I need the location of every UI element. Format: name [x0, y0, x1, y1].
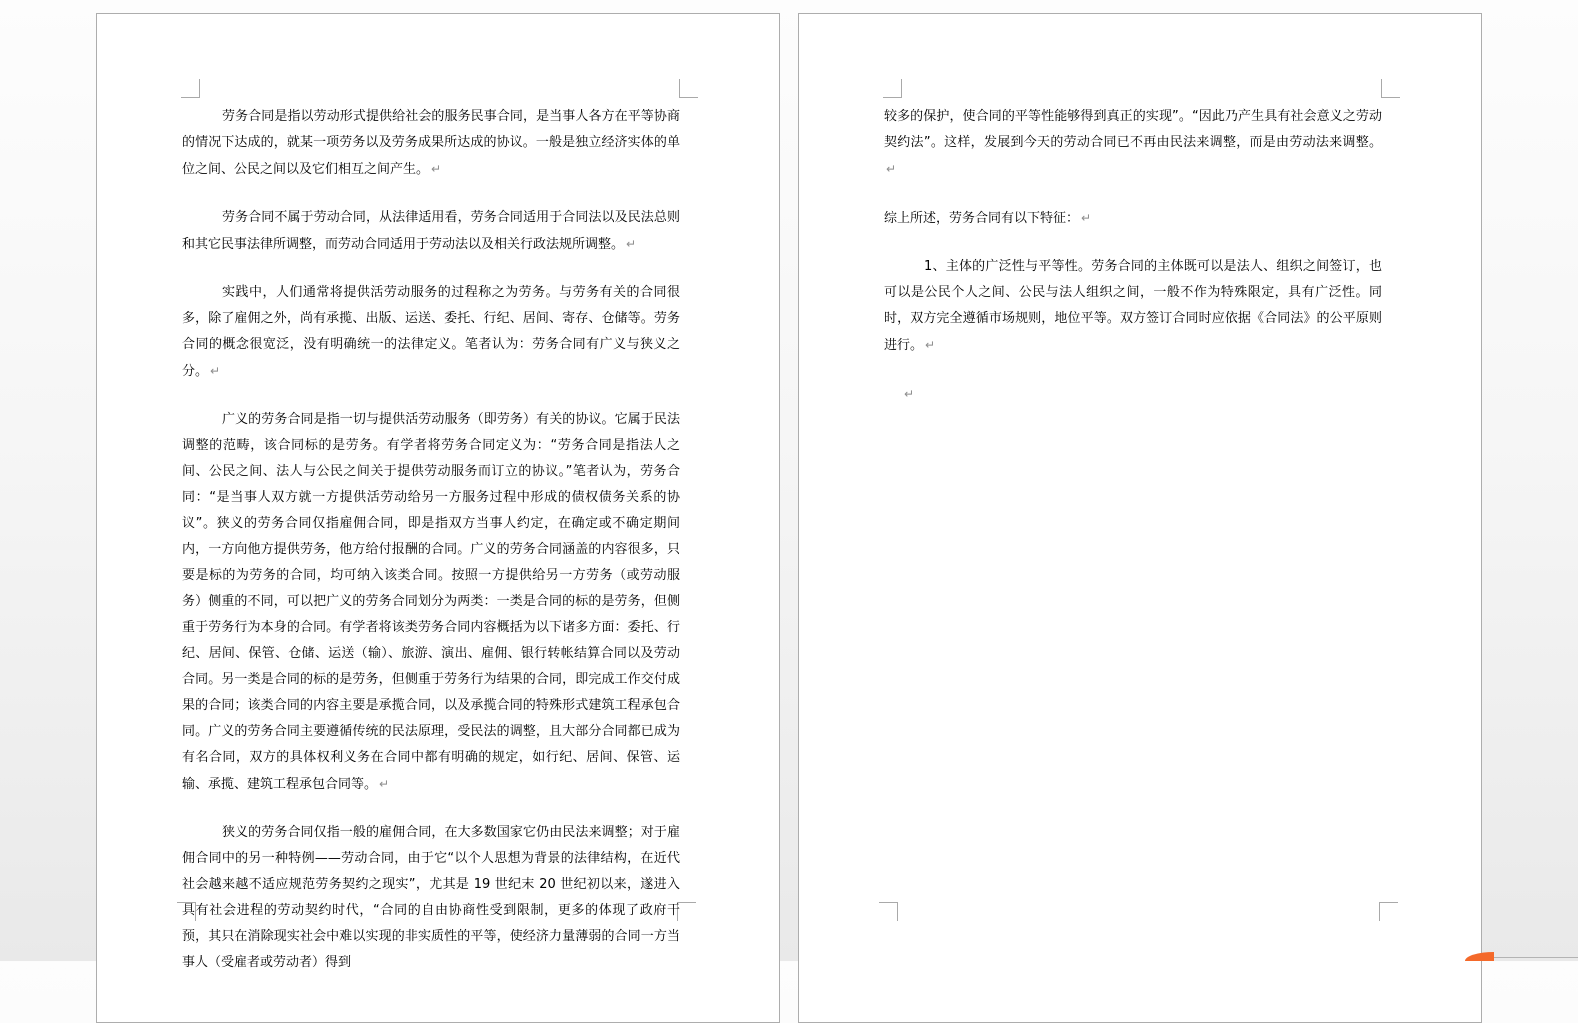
paragraph-mark-icon: ↵ [884, 162, 896, 176]
paragraph-mark-icon: ↵ [429, 162, 441, 176]
crop-mark-top-right-icon [679, 79, 698, 98]
paragraph[interactable]: 劳务合同不属于劳动合同，从法律适用看，劳务合同适用于合同法以及民法总则和其它民事… [182, 205, 680, 258]
crop-mark-top-right-icon [1381, 79, 1400, 98]
panel-edge-line [1481, 957, 1578, 958]
paragraph-mark-icon: ↵ [624, 237, 636, 251]
paragraph-text[interactable]: 较多的保护，使合同的平等性能够得到真正的实现”。“因此乃产生具有社会意义之劳动契… [884, 109, 1382, 150]
paragraph[interactable]: 狭义的劳务合同仅指一般的雇佣合同，在大多数国家它仍由民法来调整；对于雇佣合同中的… [182, 820, 680, 961]
paragraph-mark-icon: ↵ [377, 777, 389, 791]
document-workspace: { "ui": { "pilcrow": "↵", "colors": { "p… [0, 0, 1578, 961]
paragraph-mark-icon: ↵ [208, 364, 220, 378]
paragraph[interactable]: 广义的劳务合同是指一切与提供活劳动服务（即劳务）有关的协议。它属于民法调整的范畴… [182, 407, 680, 798]
paragraph[interactable]: 实践中，人们通常将提供活劳动服务的过程称之为劳务。与劳务有关的合同很多，除了雇佣… [182, 280, 680, 385]
empty-paragraph[interactable]: ↵ [884, 381, 1382, 408]
document-page-2[interactable]: 较多的保护，使合同的平等性能够得到真正的实现”。“因此乃产生具有社会意义之劳动契… [798, 13, 1482, 961]
paragraph-text[interactable]: 1、主体的广泛性与平等性。劳务合同的主体既可以是法人、组织之间签订，也可以是公民… [884, 259, 1382, 353]
paragraph-text[interactable]: 劳务合同不属于劳动合同，从法律适用看，劳务合同适用于合同法以及民法总则和其它民事… [182, 210, 680, 252]
paragraph-mark-icon: ↵ [1079, 211, 1091, 225]
crop-mark-bottom-left-icon [879, 902, 898, 921]
page-1-text-area[interactable]: 劳务合同是指以劳动形式提供给社会的服务民事合同，是当事人各方在平等协商的情况下达… [182, 104, 680, 961]
paragraph-text[interactable]: 实践中，人们通常将提供活劳动服务的过程称之为劳务。与劳务有关的合同很多，除了雇佣… [182, 285, 680, 379]
crop-mark-top-left-icon [883, 79, 902, 98]
crop-mark-bottom-right-icon [1379, 902, 1398, 921]
paragraph[interactable]: 综上所述，劳务合同有以下特征：↵ [884, 205, 1382, 232]
paragraph[interactable]: 劳务合同是指以劳动形式提供给社会的服务民事合同，是当事人各方在平等协商的情况下达… [182, 104, 680, 183]
crop-mark-top-left-icon [181, 79, 200, 98]
paragraph-mark-icon: ↵ [902, 387, 914, 401]
paragraph-text[interactable]: 综上所述，劳务合同有以下特征： [884, 211, 1079, 226]
paragraph-mark-icon: ↵ [923, 338, 935, 352]
paragraph[interactable]: 1、主体的广泛性与平等性。劳务合同的主体既可以是法人、组织之间签订，也可以是公民… [884, 254, 1382, 359]
paragraph[interactable]: 较多的保护，使合同的平等性能够得到真正的实现”。“因此乃产生具有社会意义之劳动契… [884, 104, 1382, 183]
page-2-text-area[interactable]: 较多的保护，使合同的平等性能够得到真正的实现”。“因此乃产生具有社会意义之劳动契… [884, 104, 1382, 408]
paragraph-text[interactable]: 广义的劳务合同是指一切与提供活劳动服务（即劳务）有关的协议。它属于民法调整的范畴… [182, 412, 680, 792]
document-page-1[interactable]: 劳务合同是指以劳动形式提供给社会的服务民事合同，是当事人各方在平等协商的情况下达… [96, 13, 780, 961]
paragraph-text[interactable]: 狭义的劳务合同仅指一般的雇佣合同，在大多数国家它仍由民法来调整；对于雇佣合同中的… [182, 825, 680, 961]
